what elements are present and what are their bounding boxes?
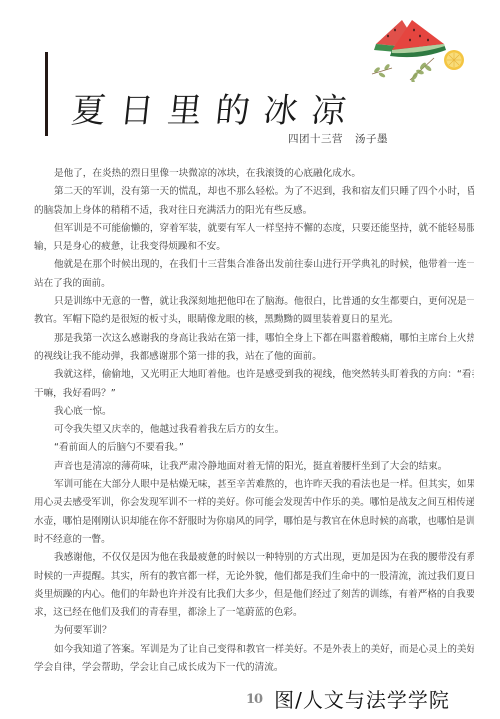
article-line: 那是我第一次这么感谢我的身高让我站在第一排，哪怕全身上下都在叫嚣着酸痛，哪怕主席… (34, 330, 474, 348)
article-page: 夏日里的冰凉 (0, 0, 500, 719)
article-line: 如今我知道了答案。军训是为了让自己变得和教官一样美好。不是外表上的美好，而是心灵… (34, 641, 474, 659)
article-line: 他就是在那个时候出现的，在我们十三营集合准备出发前往泰山进行开学典礼的时候，他带… (34, 256, 474, 274)
watermelon-illustration-icon (368, 14, 468, 82)
article-body: 是他了，在炎热的烈日里像一块微凉的冰块，在我滚烫的心底融化成水。第二天的军训，没… (34, 165, 474, 677)
title-accent-bar (45, 52, 48, 136)
article-line: 但军训是不可能偷懒的，穿着军装，就要有军人一样坚持不懈的态度，只要还能坚持，就不… (34, 220, 474, 238)
page-footer: 10 图/人文与法学学院 (246, 683, 450, 713)
article-line: “看前面人的后脑勺不要看我。” (34, 439, 474, 457)
article-line: 我心底一惊。 (34, 403, 474, 421)
article-line: 站在了我的面前。 (34, 275, 474, 293)
article-title: 夏日里的冰凉 (69, 83, 362, 132)
article-line: 是他了，在炎热的烈日里像一块微凉的冰块，在我滚烫的心底融化成水。 (34, 165, 474, 183)
article-line: 时不经意的一瞥。 (34, 531, 474, 549)
article-line: 第二天的军训，没有第一天的慌乱，却也不那么轻松。为了不迟到，我和宿友们只睡了四个… (34, 183, 474, 201)
article-line: 只是训练中无意的一瞥，就让我深刻地把他印在了脑海。他很白，比普通的女生都要白，更… (34, 293, 474, 311)
article-line: 输，只是身心的疲惫，让我变得烦躁和不安。 (34, 238, 474, 256)
article-line: 的脑袋加上身体的稍稍不适，我对往日充满活力的阳光有些反感。 (34, 202, 474, 220)
article-line: 用心灵去感受军训，你会发现军训不一样的美好。你可能会发现苦中作乐的美。哪怕是战友… (34, 494, 474, 512)
article-line: 的视线让我不能动弹，我都感谢那个第一排的我，站在了他的面前。 (34, 348, 474, 366)
byline: 四团十三营汤子墨 (288, 131, 400, 146)
author-unit: 四团十三营 (288, 133, 343, 145)
article-line: 水壶，哪怕是刚刚认识却能在你不舒服时为你扇风的同学，哪怕是与教官在休息时候的高歌… (34, 513, 474, 531)
article-line: 炎里烦躁的内心。他们的年龄也许并没有比我们大多少，但是他们经过了刻苦的训练，有着… (34, 586, 474, 604)
article-line: 教官。军帽下隐约是很短的板寸头，眼睛像龙眼的核，黑黝黝的圆里装着夏日的星光。 (34, 311, 474, 329)
article-line: 军训可能在大部分人眼中是枯燥无味，甚至辛苦难熬的，也许昨天我的看法也是一样。但其… (34, 476, 474, 494)
article-line: 可令我失望又庆幸的，他越过我看着我左后方的女生。 (34, 421, 474, 439)
article-line: 声音也是清凉的薄荷味，让我严肃冷静地面对着无情的阳光，挺直着腰杆坐到了大会的结束… (34, 458, 474, 476)
article-line: 为何要军训？ (34, 622, 474, 640)
image-credit: 图/人文与法学学院 (274, 684, 450, 713)
page-number: 10 (246, 692, 262, 707)
article-line: 时候的一声提醒。其实，所有的教官都一样，无论外貌，他们都是我们生命中的一股清流，… (34, 568, 474, 586)
article-line: 求，这已经在他们及我们的青春里，都涂上了一笔蔚蓝的色彩。 (34, 604, 474, 622)
article-line: 我就这样，偷偷地，又光明正大地盯着他。也许是感受到我的视线，他突然转头盯着我的方… (34, 366, 474, 384)
article-line: 干嘛，我好看吗？” (34, 385, 474, 403)
article-line: 我感谢他，不仅仅是因为他在我最疲惫的时候以一种特别的方式出现，更加是因为在我的腰… (34, 549, 474, 567)
article-line: 学会自律，学会帮助，学会让自己成长成为下一代的清流。 (34, 659, 474, 677)
author-name: 汤子墨 (355, 133, 388, 145)
